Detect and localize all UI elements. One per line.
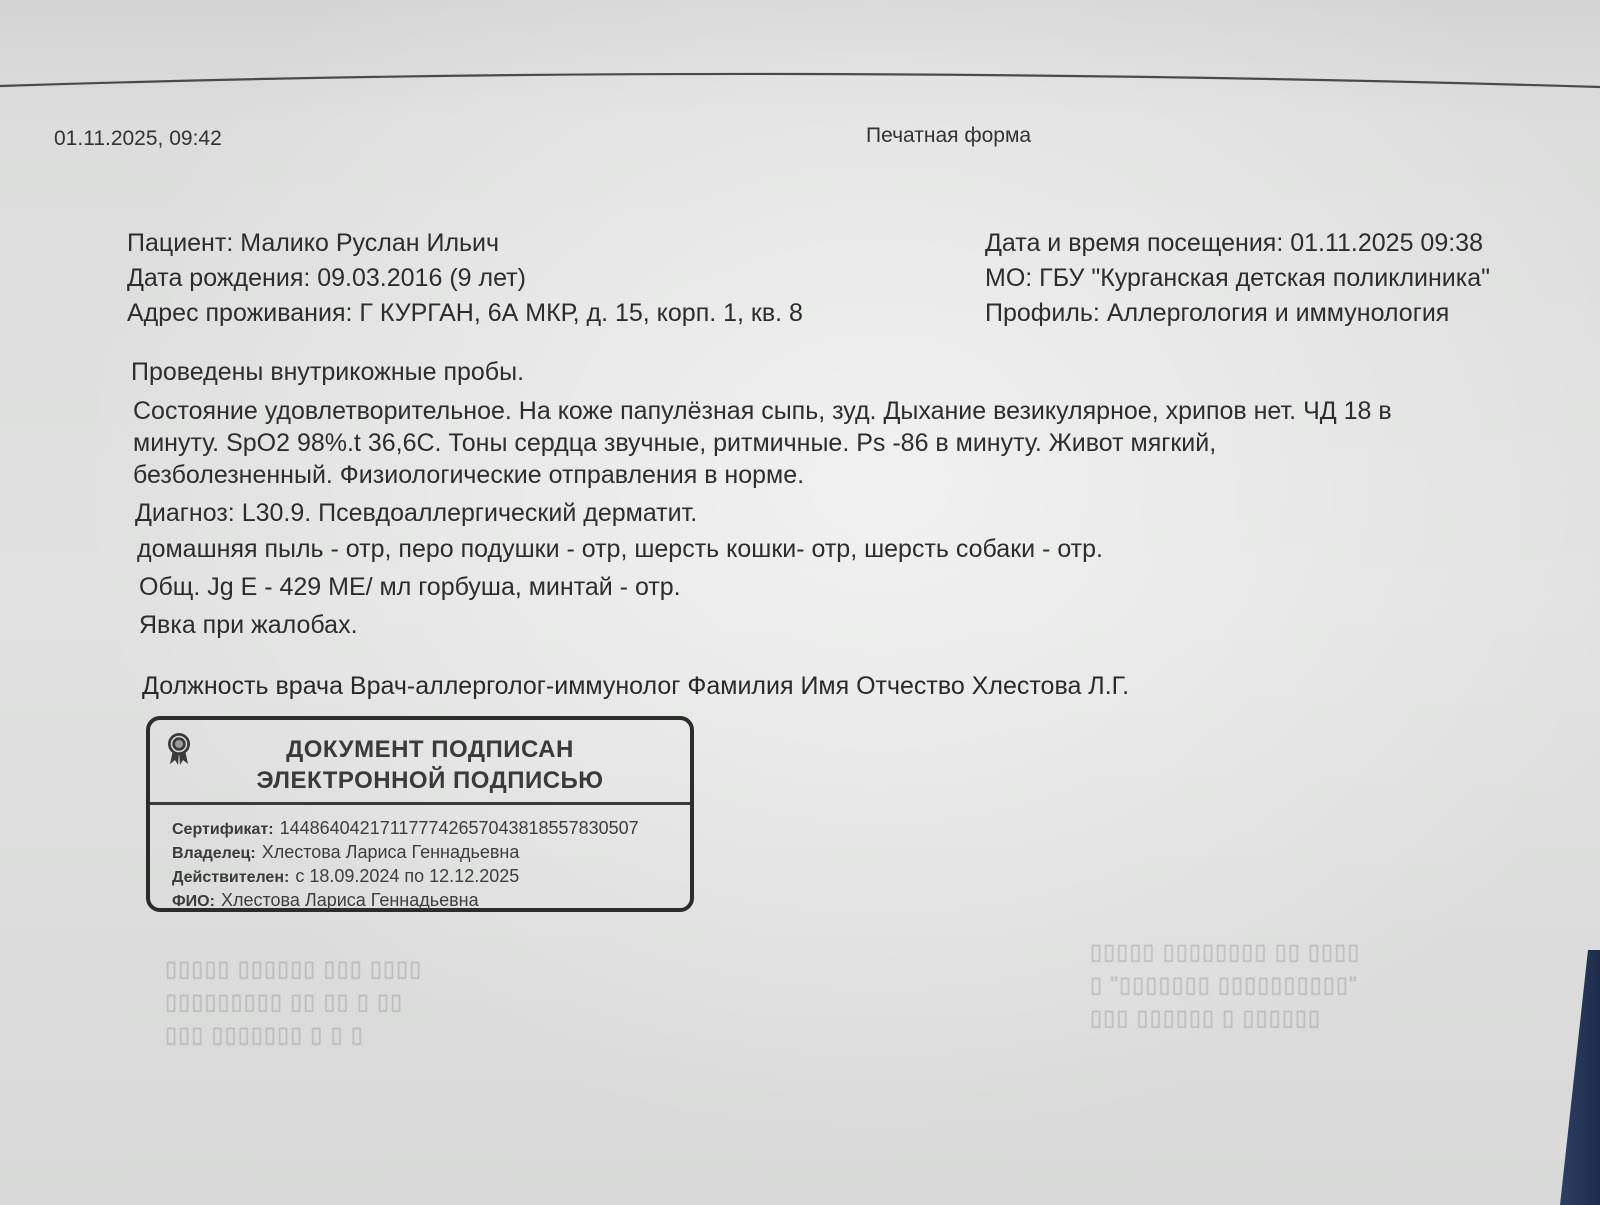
owner-value: Хлестова Лариса Геннадьевна xyxy=(262,842,520,862)
status-line: минуту. SpO2 98%.t 36,6С. Тоны сердца зв… xyxy=(133,427,1531,459)
patient-name: Пациент: Малико Руслан Ильич xyxy=(127,226,803,261)
status-line: Состояние удовлетворительное. На коже па… xyxy=(133,395,1531,427)
certificate-row: Сертификат:14486404217117774265704381855… xyxy=(172,817,690,841)
stamp-title-line: ЭЛЕКТРОННОЙ ПОДПИСЬЮ xyxy=(190,765,670,796)
owner-row: Владелец:Хлестова Лариса Геннадьевна xyxy=(172,841,690,865)
patient-info: Пациент: Малико Руслан Ильич Дата рожден… xyxy=(127,226,803,331)
medical-organization: МО: ГБУ "Курганская детская поликлиника" xyxy=(985,261,1490,296)
fio-label: ФИО: xyxy=(172,893,215,910)
ige-result: Общ. Jg E - 429 МЕ/ мл горбуша, минтай -… xyxy=(131,570,1531,604)
certificate-value: 144864042171177742657043818557830507 xyxy=(280,818,639,838)
patient-birthdate: Дата рождения: 09.03.2016 (9 лет) xyxy=(127,261,803,296)
doctor-signature-line: Должность врача Врач-аллерголог-иммуноло… xyxy=(142,672,1129,701)
award-seal-icon xyxy=(166,732,192,766)
tests-performed: Проведены внутрикожные пробы. xyxy=(131,355,1531,389)
stamp-header: ДОКУМЕНТ ПОДПИСАН ЭЛЕКТРОННОЙ ПОДПИСЬЮ xyxy=(150,720,690,805)
certificate-label: Сертификат: xyxy=(172,821,274,838)
fio-row: ФИО:Хлестова Лариса Геннадьевна xyxy=(172,889,690,913)
fio-value: Хлестова Лариса Геннадьевна xyxy=(221,890,479,910)
diagnosis: Диагноз: L30.9. Псевдоаллергический дерм… xyxy=(131,496,1531,530)
print-datetime: 01.11.2025, 09:42 xyxy=(54,127,222,151)
electronic-signature-stamp: ДОКУМЕНТ ПОДПИСАН ЭЛЕКТРОННОЙ ПОДПИСЬЮ С… xyxy=(146,716,694,912)
print-form-title: Печатная форма xyxy=(866,124,1031,148)
visit-datetime: Дата и время посещения: 01.11.2025 09:38 xyxy=(985,226,1490,261)
visit-profile: Профиль: Аллергология и иммунология xyxy=(985,296,1490,331)
owner-label: Владелец: xyxy=(172,845,256,862)
stamp-details: Сертификат:14486404217117774265704381855… xyxy=(150,805,690,913)
examination-notes: Проведены внутрикожные пробы. Состояние … xyxy=(131,355,1531,642)
visit-info: Дата и время посещения: 01.11.2025 09:38… xyxy=(985,226,1490,331)
followup-instruction: Явка при жалобах. xyxy=(131,608,1531,642)
allergen-results: домашняя пыль - отр, перо подушки - отр,… xyxy=(131,532,1531,566)
show-through-text-left: ▯▯▯▯▯ ▯▯▯▯▯▯ ▯▯▯ ▯▯▯▯ ▯▯▯▯▯▯▯▯▯ ▯▯ ▯▯ ▯ … xyxy=(165,952,422,1051)
status-line: безболезненный. Физиологические отправле… xyxy=(133,459,1531,491)
stamp-title: ДОКУМЕНТ ПОДПИСАН ЭЛЕКТРОННОЙ ПОДПИСЬЮ xyxy=(190,734,670,796)
printed-document-page: 01.11.2025, 09:42 Печатная форма Пациент… xyxy=(0,0,1600,1205)
patient-address: Адрес проживания: Г КУРГАН, 6А МКР, д. 1… xyxy=(127,296,803,331)
patient-status: Состояние удовлетворительное. На коже па… xyxy=(131,395,1531,491)
stamp-title-line: ДОКУМЕНТ ПОДПИСАН xyxy=(190,734,670,765)
page-top-rule xyxy=(0,70,1600,92)
show-through-text-right: ▯▯▯▯▯ ▯▯▯▯▯▯▯▯ ▯▯ ▯▯▯▯ ▯ "▯▯▯▯▯▯▯ ▯▯▯▯▯▯… xyxy=(1090,935,1360,1034)
validity-label: Действителен: xyxy=(172,869,289,886)
validity-row: Действителен:с 18.09.2024 по 12.12.2025 xyxy=(172,865,690,889)
validity-value: с 18.09.2024 по 12.12.2025 xyxy=(295,866,519,886)
